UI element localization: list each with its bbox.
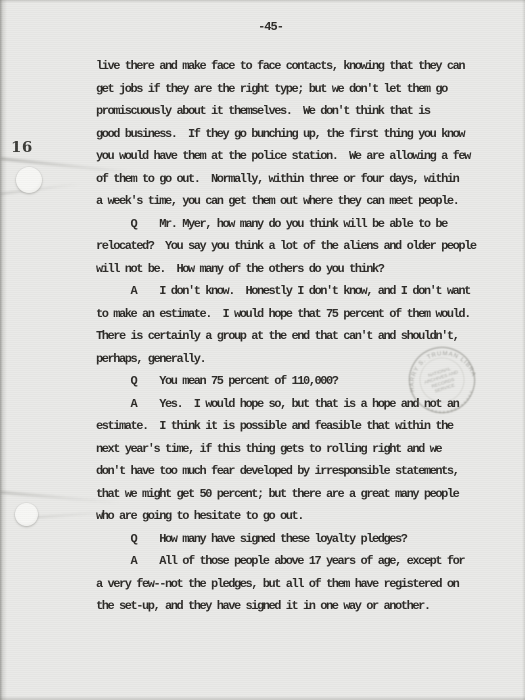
transcript-line: a very few--not the pledges, but all of … bbox=[96, 573, 496, 596]
transcript-line: you would have them at the police statio… bbox=[96, 145, 496, 168]
transcript-line: Q Mr. Myer, how many do you think will b… bbox=[96, 213, 496, 236]
transcript-line: will not be. How many of the others do y… bbox=[96, 258, 496, 281]
transcript-line: good business. If they go bunching up, t… bbox=[96, 123, 496, 146]
transcript-line: of them to go out. Normally, within thre… bbox=[96, 168, 496, 191]
transcript-line: who are going to hesitate to go out. bbox=[96, 505, 496, 528]
transcript-line: the set-up, and they have signed it in o… bbox=[96, 595, 496, 618]
page-edge-top bbox=[0, 0, 525, 3]
page-edge-bottom bbox=[0, 696, 525, 700]
transcript-line: relocated? You say you think a lot of th… bbox=[96, 235, 496, 258]
transcript-line: A I don't know. Honestly I don't know, a… bbox=[96, 280, 496, 303]
document-page: -45- 16 live there and make face to face… bbox=[0, 0, 525, 700]
punch-hole-bottom bbox=[15, 503, 38, 526]
transcript-line: don't have too much fear developed by ir… bbox=[96, 460, 496, 483]
transcript-line: Q How many have signed these loyalty ple… bbox=[96, 528, 496, 551]
transcript-line: live there and make face to face contact… bbox=[96, 55, 496, 78]
page-edge-left bbox=[0, 0, 7, 700]
transcript-line: that we might get 50 percent; but there … bbox=[96, 483, 496, 506]
transcript-line: promiscuously about it themselves. We do… bbox=[96, 100, 496, 123]
punch-hole-top bbox=[16, 167, 42, 193]
transcript-line: A All of those people above 17 years of … bbox=[96, 550, 496, 573]
transcript-line: a week's time, you can get them out wher… bbox=[96, 190, 496, 213]
transcript-line: next year's time, if this thing gets to … bbox=[96, 438, 496, 461]
transcript-line: to make an estimate. I would hope that 7… bbox=[96, 303, 496, 326]
page-number: -45- bbox=[0, 20, 525, 34]
margin-exhibit-number: 16 bbox=[11, 138, 33, 156]
transcript-line: get jobs if they are the right type; but… bbox=[96, 78, 496, 101]
stamp-bottom-arc bbox=[425, 391, 476, 419]
